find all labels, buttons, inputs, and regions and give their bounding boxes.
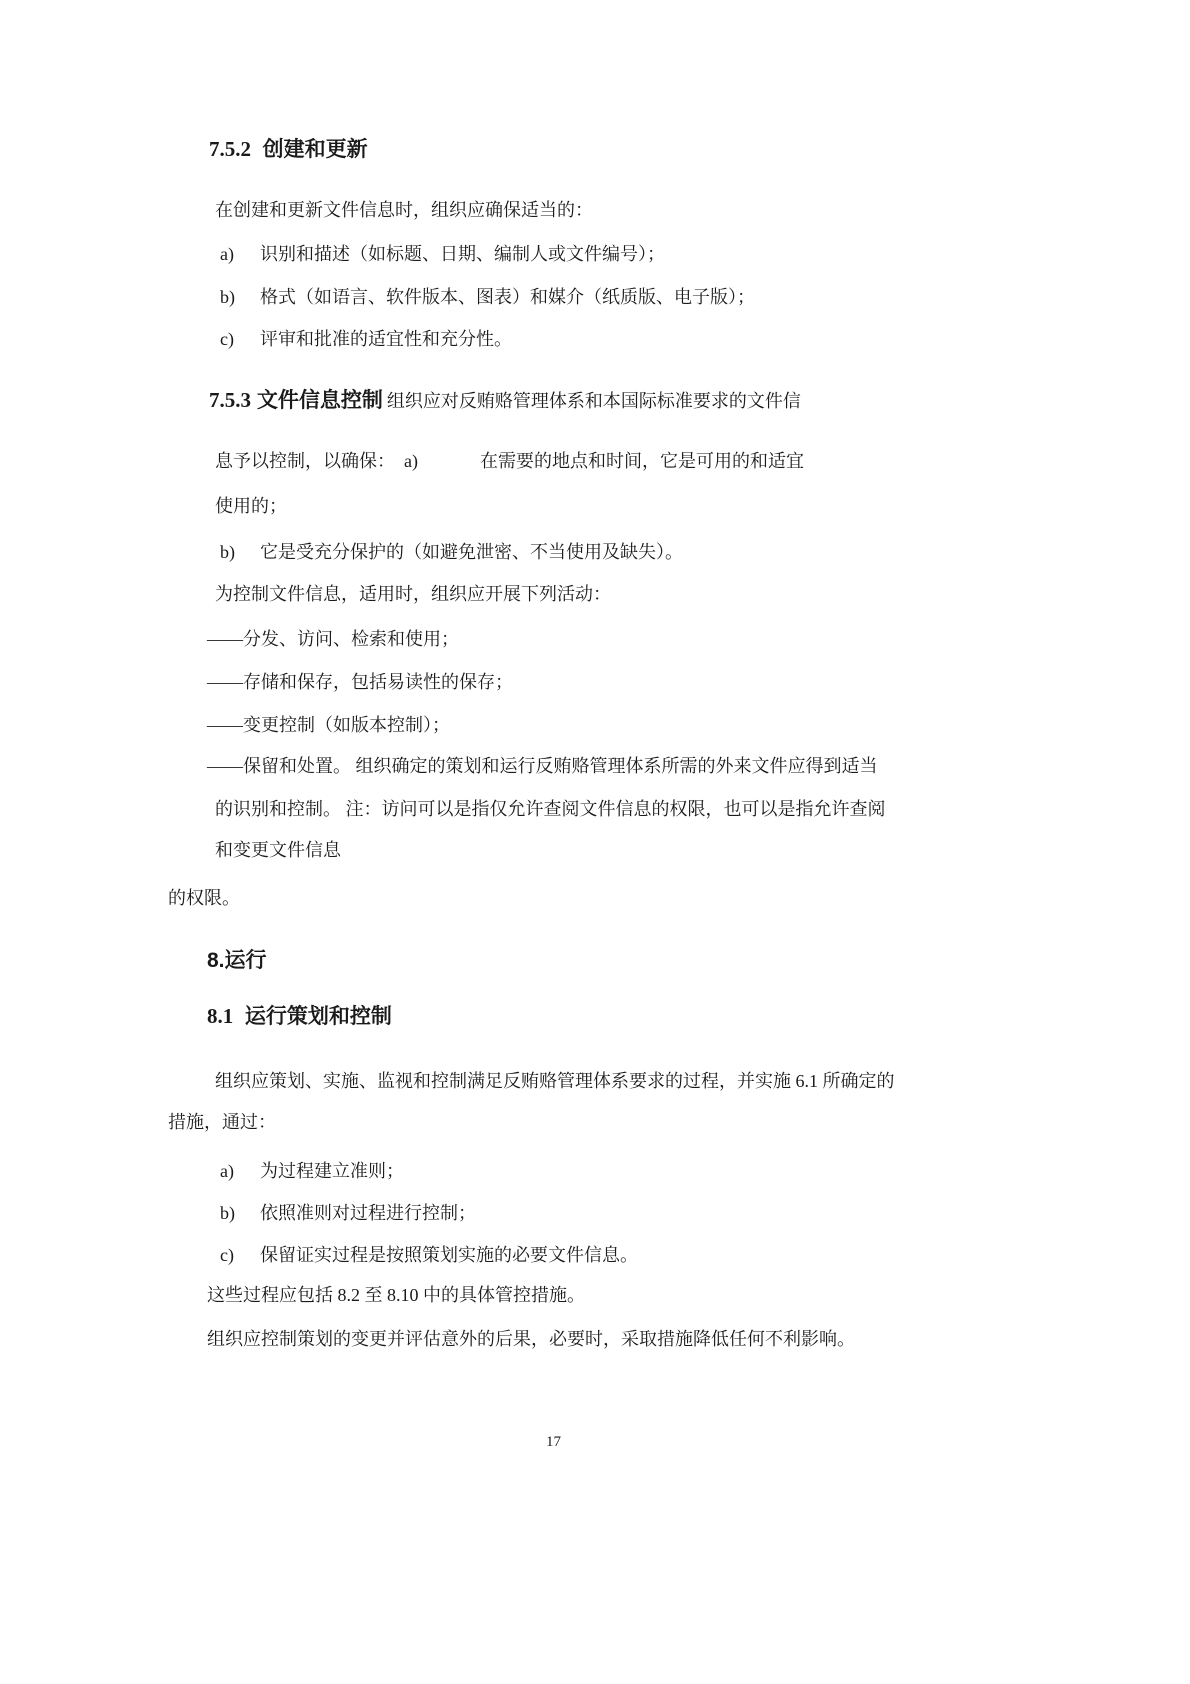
list-item: b)格式（如语言、软件版本、图表）和媒介（纸质版、电子版）； <box>220 283 755 309</box>
section-number: 8.1 <box>207 1004 233 1028</box>
list-item: c)保留证实过程是按照策划实施的必要文件信息。 <box>220 1241 638 1267</box>
paragraph: 为控制文件信息，适用时，组织应开展下列活动： <box>215 580 611 606</box>
paragraph: 在创建和更新文件信息时，组织应确保适当的： <box>215 196 593 222</box>
paragraph: 的权限。 <box>168 884 240 910</box>
list-label: b) <box>220 542 260 563</box>
text: 在需要的地点和时间，它是可用的和适宜 <box>480 451 804 471</box>
list-text: 评审和批准的适宜性和充分性。 <box>260 329 512 349</box>
section-title: 创建和更新 <box>263 138 368 161</box>
paragraph: 和变更文件信息 <box>215 836 341 862</box>
section-title: 文件信息控制 <box>257 389 383 412</box>
list-item: b)它是受充分保护的（如避免泄密、不当使用及缺失）。 <box>220 538 683 564</box>
paragraph: 组织应策划、实施、监视和控制满足反贿赂管理体系要求的过程，并实施 6.1 所确定… <box>215 1067 895 1093</box>
paragraph: 使用的； <box>215 492 287 518</box>
list-item: a)为过程建立准则； <box>220 1157 404 1183</box>
list-label: b) <box>220 287 260 308</box>
page-number: 17 <box>546 1434 561 1451</box>
list-label: c) <box>220 329 260 350</box>
list-text: 保留证实过程是按照策划实施的必要文件信息。 <box>260 1245 638 1265</box>
list-item: c)评审和批准的适宜性和充分性。 <box>220 325 512 351</box>
list-text: 为过程建立准则； <box>260 1161 404 1181</box>
dash-item: ——保留和处置。 组织确定的策划和运行反贿赂管理体系所需的外来文件应得到适当 <box>207 752 878 778</box>
paragraph: 这些过程应包括 8.2 至 8.10 中的具体管控措施。 <box>207 1281 585 1307</box>
section-number: 7.5.3 <box>209 388 251 412</box>
dash-item: ——存储和保存，包括易读性的保存； <box>207 668 513 694</box>
list-label: b) <box>220 1203 260 1224</box>
paragraph: 组织应对反贿赂管理体系和本国际标准要求的文件信 <box>387 391 801 411</box>
dash-item: ——分发、访问、检索和使用； <box>207 625 459 651</box>
list-label: c) <box>220 1245 260 1266</box>
paragraph: 息予以控制，以确保： a)在需要的地点和时间，它是可用的和适宜 <box>215 447 804 473</box>
list-text: 识别和描述（如标题、日期、编制人或文件编号）； <box>260 244 665 264</box>
list-text: 依照准则对过程进行控制； <box>260 1203 476 1223</box>
list-label: a) <box>220 244 260 265</box>
heading-7-5-2: 7.5.2 创建和更新 <box>209 133 368 163</box>
paragraph: 的识别和控制。 注：访问可以是指仅允许查阅文件信息的权限，也可以是指允许查阅 <box>215 795 886 821</box>
list-item: b)依照准则对过程进行控制； <box>220 1199 476 1225</box>
heading-8: 8.运行 <box>207 944 267 974</box>
dash-item: ——变更控制（如版本控制）； <box>207 711 450 737</box>
list-label: a) <box>404 451 418 471</box>
list-text: 它是受充分保护的（如避免泄密、不当使用及缺失）。 <box>260 542 683 562</box>
list-label: a) <box>220 1161 260 1182</box>
list-item: a)识别和描述（如标题、日期、编制人或文件编号）； <box>220 240 665 266</box>
list-text: 格式（如语言、软件版本、图表）和媒介（纸质版、电子版）； <box>260 287 755 307</box>
paragraph: 措施，通过： <box>168 1108 276 1134</box>
text: 息予以控制，以确保： <box>215 451 395 471</box>
heading-8-1: 8.1 运行策划和控制 <box>207 1000 392 1030</box>
heading-7-5-3: 7.5.3 文件信息控制 组织应对反贿赂管理体系和本国际标准要求的文件信 <box>209 384 801 414</box>
section-title: 运行策划和控制 <box>245 1005 392 1028</box>
paragraph: 组织应控制策划的变更并评估意外的后果，必要时，采取措施降低任何不利影响。 <box>207 1325 855 1351</box>
section-number: 7.5.2 <box>209 137 251 161</box>
